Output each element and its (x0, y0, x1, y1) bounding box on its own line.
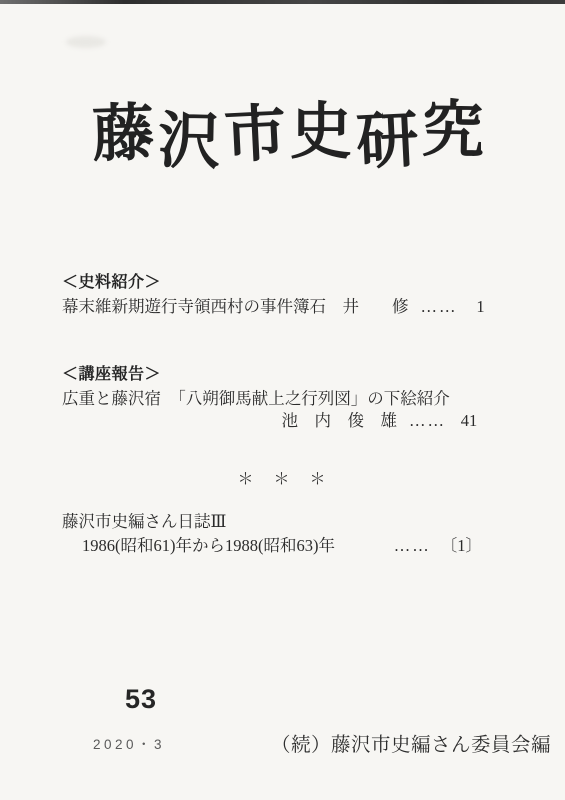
entry-author: 池 内 俊 雄 (282, 411, 398, 430)
entry-title: 幕末維新期遊行寺領西村の事件簿 (62, 295, 310, 318)
scan-edge-artifact (0, 0, 565, 4)
issue-number: 53 (125, 684, 157, 715)
issue-date: 2020・3 (93, 733, 165, 753)
toc-section-shiryo-shokai: ＜史料紹介＞ 幕末維新期遊行寺領西村の事件簿 石 井 修……1 (62, 271, 482, 318)
toc-section-koza-hokoku: ＜講座報告＞ 広重と藤沢宿 「八朔御馬献上之行列図」の下絵紹介 池 内 俊 雄…… (62, 363, 482, 432)
scanned-journal-cover: 藤沢市史研究 ＜史料紹介＞ 幕末維新期遊行寺領西村の事件簿 石 井 修……1 ＜… (0, 0, 565, 800)
journal-title: 藤沢市史研究 (91, 78, 488, 173)
toc-entry: 幕末維新期遊行寺領西村の事件簿 石 井 修……1 (62, 295, 482, 318)
entry-ref: ……〔1〕 (382, 534, 482, 557)
dot-leader: …… (409, 411, 446, 430)
section-heading: ＜史料紹介＞ (62, 271, 482, 294)
entry-ref: 石 井 修……1 (310, 295, 494, 318)
appendix-subtitle: 1986(昭和61)年から1988(昭和63)年 (62, 534, 335, 557)
toc-entry: 広重と藤沢宿 「八朔御馬献上之行列図」の下絵紹介 (62, 387, 482, 410)
asterisk-separator: ＊ ＊ ＊ (0, 466, 565, 489)
section-heading: ＜講座報告＞ (62, 363, 482, 386)
appendix-entry: 1986(昭和61)年から1988(昭和63)年 ……〔1〕 (62, 534, 482, 557)
appendix-title: 藤沢市史編さん日誌Ⅲ (62, 510, 482, 533)
entry-page-number: 41 (456, 409, 482, 432)
dot-leader: …… (394, 536, 431, 555)
dot-leader: …… (421, 297, 458, 316)
publisher-name: （続）藤沢市史編さん委員会編 (271, 729, 551, 757)
entry-page-number: 1 (468, 295, 494, 318)
entry-page-number: 〔1〕 (441, 534, 482, 557)
toc-appendix-diary: 藤沢市史編さん日誌Ⅲ 1986(昭和61)年から1988(昭和63)年 ……〔1… (62, 510, 482, 557)
toc-entry-author-line: 池 内 俊 雄……41 (62, 409, 482, 432)
entry-title: 広重と藤沢宿 「八朔御馬献上之行列図」の下絵紹介 (62, 387, 450, 410)
entry-author: 石 井 修 (310, 297, 409, 316)
scan-smudge-artifact (66, 36, 106, 48)
